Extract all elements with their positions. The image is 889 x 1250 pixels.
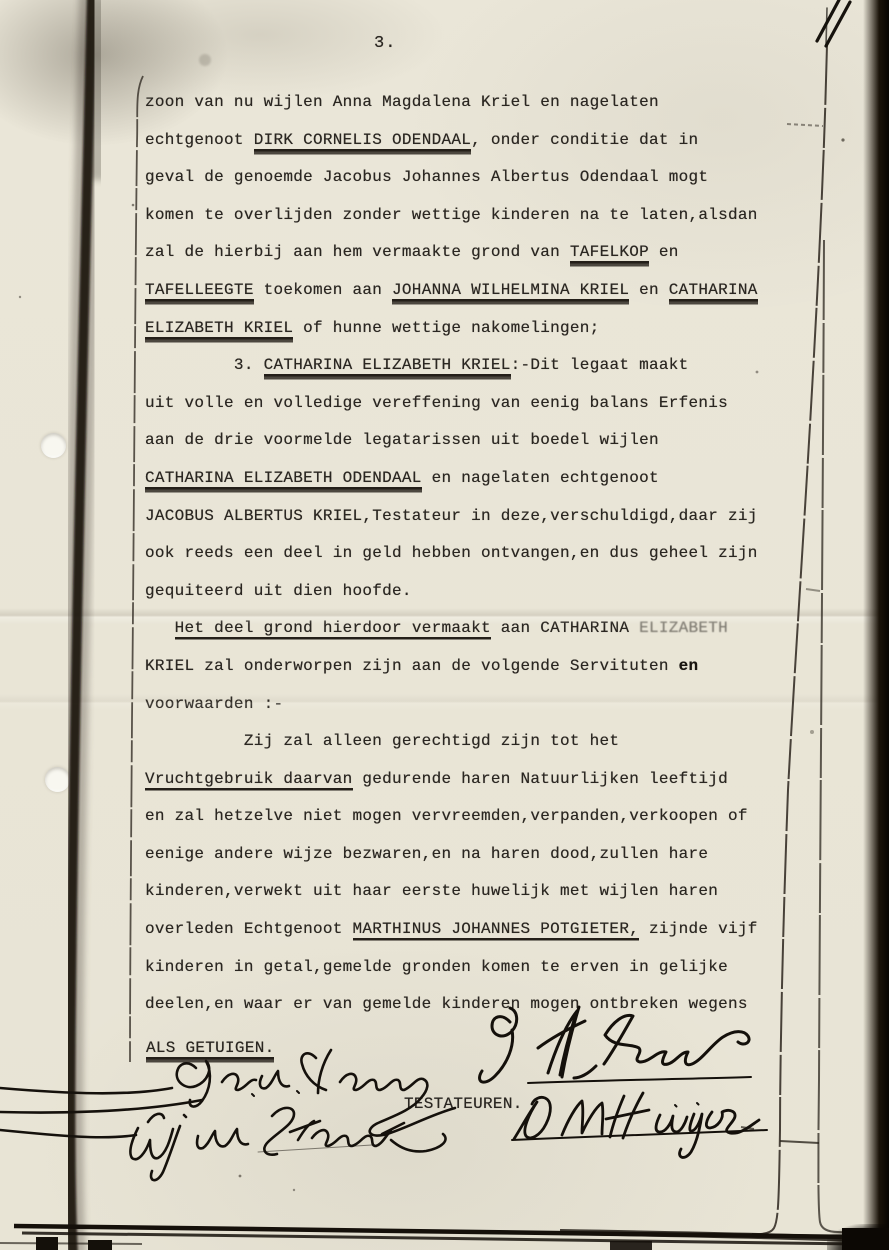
document-line: CATHARINA ELIZABETH ODENDAAL en nagelate… [145, 460, 805, 498]
document-line: kinderen,verwekt uit haar eerste huwelij… [145, 873, 805, 911]
margin-line-left [130, 76, 143, 1062]
document-line: deelen,en waar er van gemelde kinderen m… [145, 986, 805, 1024]
page-number: 3. [374, 34, 396, 53]
page-fold-left [70, 0, 100, 1250]
document-text: zoon van nu wijlen Anna Magdalena Kriel … [145, 84, 805, 1024]
document-line: gequiteerd uit dien hoofde. [145, 573, 805, 611]
document-line: KRIEL zal onderworpen zijn aan de volgen… [145, 648, 805, 686]
document-line: zal de hierbij aan hem vermaakte grond v… [145, 234, 805, 272]
document-line: 3. CATHARINA ELIZABETH KRIEL:-Dit legaat… [145, 347, 805, 385]
paper-crease [0, 608, 889, 624]
scanned-document-page: 3. zoon van nu wijlen Anna Magdalena Kri… [0, 0, 889, 1250]
witnesses-label: ALS GETUIGEN. [146, 1036, 274, 1060]
punch-hole [41, 433, 66, 458]
witness-signature-1 [0, 1050, 455, 1136]
document-line: komen te overlijden zonder wettige kinde… [145, 197, 805, 235]
document-line: TAFELLEEGTE toekomen aan JOHANNA WILHELM… [145, 272, 805, 310]
scan-edge-corner [827, 1224, 889, 1250]
scan-edge-right [863, 0, 889, 1250]
document-line: overleden Echtgenoot MARTHINUS JOHANNES … [145, 911, 805, 949]
document-line: ELIZABETH KRIEL of hunne wettige nakomel… [145, 310, 805, 348]
testators-label: TESTATEUREN. [404, 1092, 523, 1116]
document-line: kinderen in getal,gemelde gronden komen … [145, 949, 805, 987]
document-line: uit volle en volledige vereffening van e… [145, 385, 805, 423]
page-edges-bottom [0, 1226, 889, 1250]
witness-signature-2 [0, 1108, 446, 1180]
pen-mark-top-right [817, 0, 850, 46]
document-line: aan de drie voormelde legatarissen uit b… [145, 422, 805, 460]
document-line: en zal hetzelve niet mogen vervreemden,v… [145, 798, 805, 836]
punch-hole [45, 767, 70, 792]
document-line: echtgenoot DIRK CORNELIS ODENDAAL, onder… [145, 122, 805, 160]
document-line: Zij zal alleen gerechtigd zijn tot het [145, 723, 805, 761]
document-line: Vruchtgebruik daarvan gedurende haren Na… [145, 761, 805, 799]
testator-signature-2 [512, 1093, 767, 1157]
paper-crease [0, 694, 889, 710]
document-line: JACOBUS ALBERTUS KRIEL,Testateur in deze… [145, 498, 805, 536]
document-line: eenige andere wijze bezwaren,en na haren… [145, 836, 805, 874]
document-line: geval de genoemde Jacobus Johannes Alber… [145, 159, 805, 197]
document-line: ook reeds een deel in geld hebben ontvan… [145, 535, 805, 573]
document-line: zoon van nu wijlen Anna Magdalena Kriel … [145, 84, 805, 122]
